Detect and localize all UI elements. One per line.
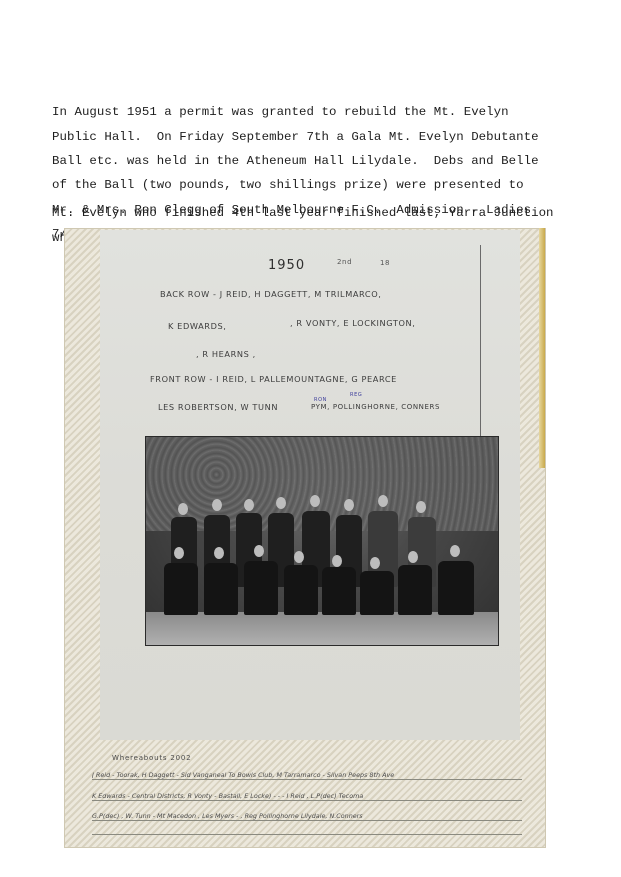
- whereabouts-title: Whereabouts 2002: [112, 754, 191, 762]
- album-frame-gold-edge: [539, 228, 545, 468]
- player-figure: [438, 561, 474, 615]
- player-head: [214, 547, 224, 559]
- caption-front-row-2b: Pym, Pollinghorne, Conners: [311, 403, 440, 411]
- whereabouts-blank-rule: [92, 834, 522, 835]
- player-head: [370, 557, 380, 569]
- caption-annotation-reg: Reg: [350, 392, 362, 398]
- player-head: [332, 555, 342, 567]
- caption-back-row-3: , R Hearns ,: [196, 349, 256, 359]
- text-line: of the Ball (two pounds, two shillings p…: [52, 179, 539, 191]
- player-figure: [284, 565, 318, 615]
- player-head: [450, 545, 460, 557]
- player-head: [310, 495, 320, 507]
- player-figure: [398, 565, 432, 615]
- player-head: [174, 547, 184, 559]
- caption-grade-suffix: 18: [380, 259, 390, 267]
- player-head: [416, 501, 426, 513]
- caption-back-row-2-left: K Edwards,: [168, 321, 227, 331]
- player-head: [254, 545, 264, 557]
- caption-grade: 2nd: [337, 258, 352, 266]
- photo-ground: [146, 612, 498, 645]
- whereabouts-line: J Reid - Toorak, H Daggett - Sid Vangane…: [92, 771, 522, 780]
- player-head: [344, 499, 354, 511]
- player-head: [212, 499, 222, 511]
- player-head: [276, 497, 286, 509]
- caption-back-row-1: Back Row - J Reid, H Daggett, M Trilmarc…: [160, 289, 382, 299]
- player-head: [244, 499, 254, 511]
- text-line: Mt. Evelyn who finished 4th last year fi…: [52, 207, 554, 219]
- whereabouts-line: K Edwards - Central Districts, R Vonty -…: [92, 792, 522, 801]
- player-figure: [360, 571, 394, 615]
- caption-front-row-2: Les Robertson, W Tunn: [158, 402, 278, 412]
- player-figure: [204, 563, 238, 615]
- whereabouts-line: G.P(dec) , W. Tunn - Mt Macedon , Les My…: [92, 812, 522, 821]
- player-head: [178, 503, 188, 515]
- text-line: In August 1951 a permit was granted to r…: [52, 106, 539, 118]
- player-head: [408, 551, 418, 563]
- card-ruled-line: [480, 245, 481, 445]
- player-figure: [164, 563, 198, 615]
- caption-front-row-1: Front Row - I Reid, L Pallemountagne, G …: [150, 374, 397, 384]
- team-photograph: [145, 436, 499, 646]
- player-figure: [322, 567, 356, 615]
- text-line: Ball etc. was held in the Atheneum Hall …: [52, 155, 539, 167]
- text-line: Public Hall. On Friday September 7th a G…: [52, 131, 539, 143]
- caption-back-row-2-right: , R Vonty, E Lockington,: [290, 318, 415, 328]
- caption-year: 1950: [268, 258, 305, 273]
- player-head: [378, 495, 388, 507]
- player-figure: [244, 561, 278, 615]
- player-head: [294, 551, 304, 563]
